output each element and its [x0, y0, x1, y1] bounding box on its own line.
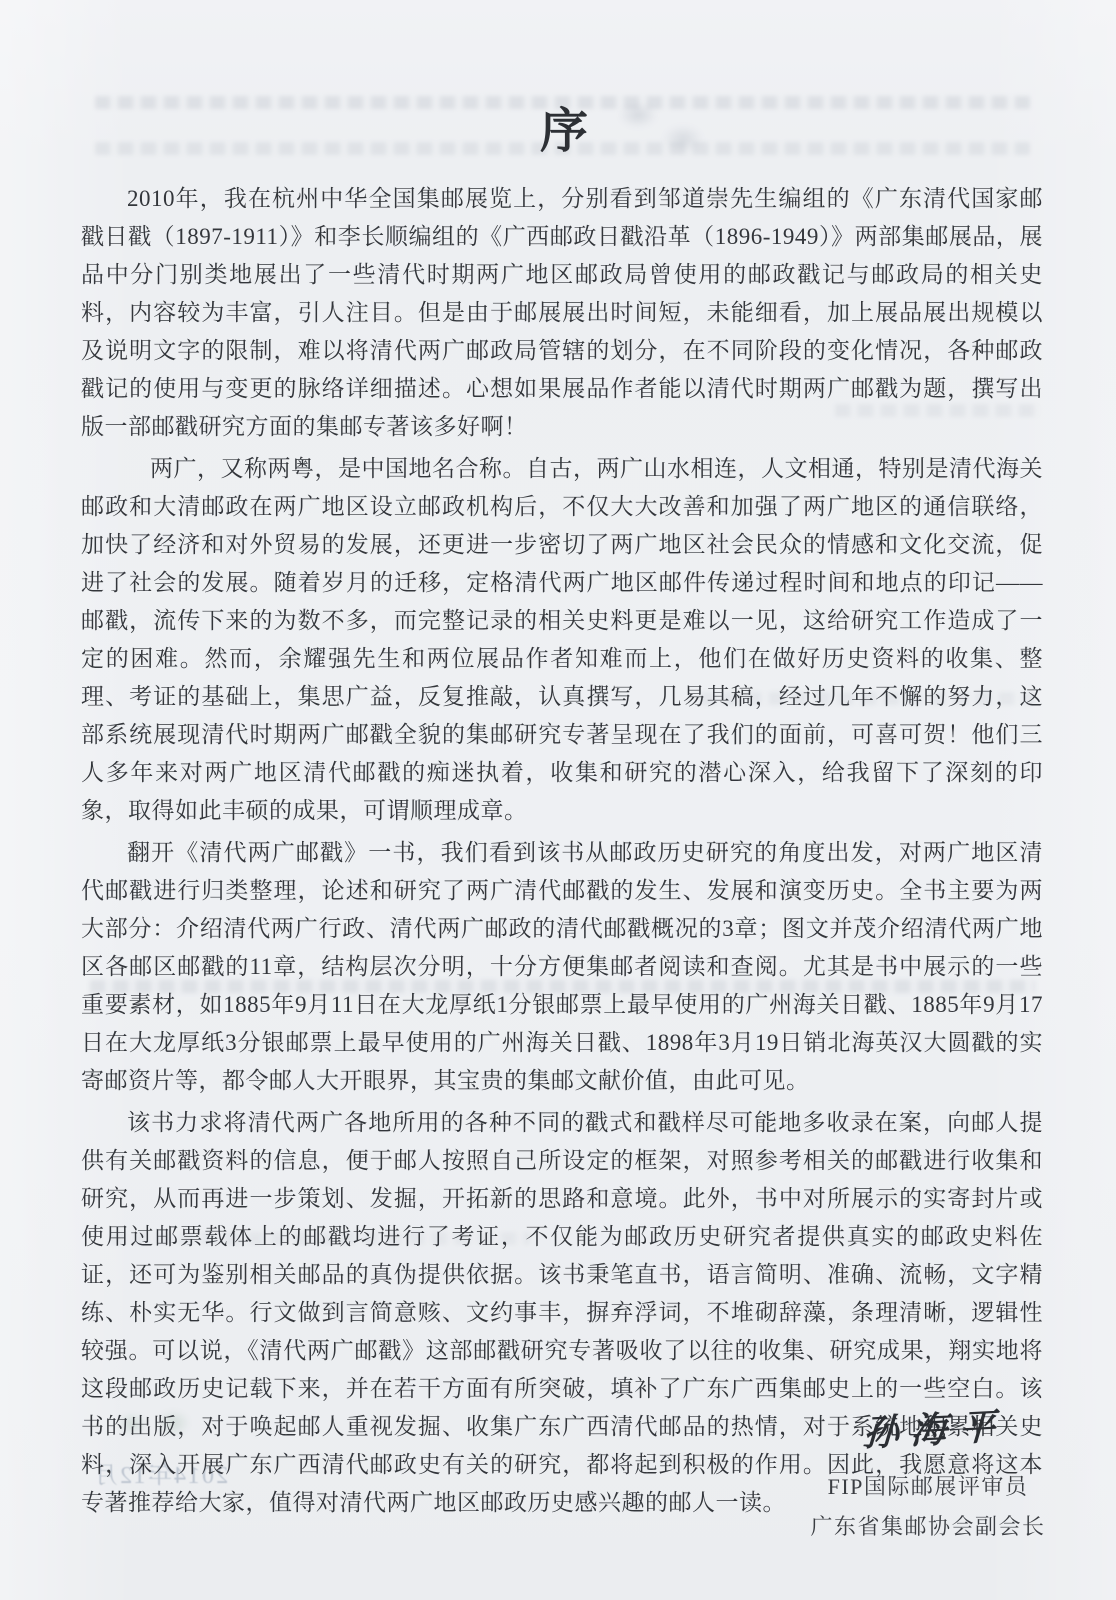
page-title: 序: [0, 92, 1116, 161]
preface-paragraph-3: 翻开《清代两广邮戳》一书，我们看到该书从邮政历史研究的角度出发，对两广地区清代邮…: [81, 834, 1043, 1100]
preface-paragraph-2: 两广，又称两粤，是中国地名合称。自古，两广山水相连，人文相通，特别是清代海关邮政…: [81, 450, 1043, 830]
scanned-preface-page: 2014年12月 序 2010年，我在杭州中华全国集邮展览上，分别看到邹道崇先生…: [0, 0, 1116, 1600]
signature-name: 孙海平: [862, 1398, 1009, 1457]
preface-body: 2010年，我在杭州中华全国集邮展览上，分别看到邹道崇先生编组的《广东清代国家邮…: [81, 180, 1043, 1526]
preface-paragraph-1: 2010年，我在杭州中华全国集邮展览上，分别看到邹道崇先生编组的《广东清代国家邮…: [81, 180, 1043, 446]
signature-block: 孙海平 FIP国际邮展评审员 广东省集邮协会副会长: [802, 1402, 1054, 1547]
signature-role-2: 广东省集邮协会副会长: [802, 1507, 1054, 1547]
signature-role-1: FIP国际邮展评审员: [802, 1467, 1054, 1507]
